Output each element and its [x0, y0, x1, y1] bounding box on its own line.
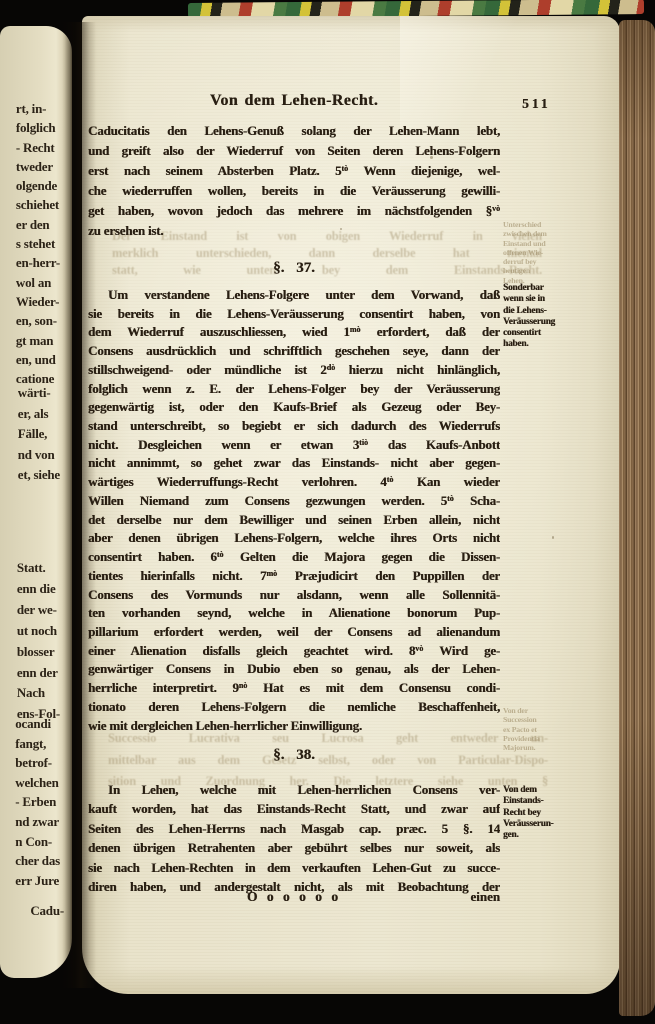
showthrough-line: Majorum. [503, 743, 567, 752]
text-line: et, siehe [18, 465, 60, 486]
text-line: er, als [18, 404, 60, 425]
text-line: pillarium erfordert werden, weil der Con… [88, 623, 500, 642]
margin-note-line: Sonderbar [503, 283, 571, 294]
text-line: der we- [17, 600, 60, 621]
text-line: ten vorhanden seynd, welche in Alienatio… [88, 604, 500, 623]
gathering-signature: O o o o o o [88, 889, 500, 905]
fore-edge [619, 20, 655, 1016]
showthrough-line: Providentia [503, 734, 567, 743]
text-line: det derselbe nur dem Bewilliger und sein… [88, 511, 500, 530]
text-line: folglich wenn z. E. der Lehens-Folger be… [88, 380, 500, 399]
text-line: ocandi [15, 714, 60, 734]
showthrough-line: Von der [503, 706, 567, 715]
margin-note-line: consentirt [503, 328, 571, 339]
text-line: Um verstandene Lehens-Folgere unter dem … [88, 286, 500, 305]
text-line: nicht. Desgleichen wenn er etwan 3tiò da… [88, 436, 500, 455]
showthrough-margin-note: Unterschiedzwischen demEinstand undoffen… [503, 220, 567, 285]
text-line: Wieder- [16, 292, 60, 311]
left-page-catchword: Cadu- [30, 903, 64, 919]
text-line: Caducitatis den Lehens-Genuß solang der … [88, 121, 500, 141]
text-line: stand unterschreibt, so begiebt er sich … [88, 417, 500, 436]
text-line: get haben, wovon jedoch das mehrere im n… [88, 201, 500, 221]
margin-note-line: Veräusserung [503, 317, 571, 328]
text-line: wie mit dergleichen Lehen-herrlicher Ein… [88, 717, 500, 736]
foxing-speck [340, 228, 342, 230]
text-line: stillschweigend- oder mündliche ist 2dò … [88, 361, 500, 380]
showthrough-line: ex Pacto et [503, 725, 567, 734]
text-line: en-herr- [16, 253, 60, 272]
text-line: sie nach Lehen-Rechten in dem verkauften… [88, 858, 500, 877]
text-line: enn die [17, 579, 60, 600]
margin-note-line: Veräusserun- [503, 819, 571, 830]
text-line: In Lehen, welche mit Lehen-herrlichen Co… [88, 780, 500, 799]
text-line: nd von [18, 445, 60, 466]
intro-paragraph: Caducitatis den Lehens-Genuß solang der … [88, 121, 500, 242]
text-line: einer Alienation disfalls gleich geachte… [88, 642, 500, 661]
text-line: er den [16, 215, 60, 234]
text-line: wärtiges Wiederruffungs-Recht verlohren.… [88, 473, 500, 492]
text-line: rt, in- [16, 99, 60, 118]
text-line: cher das [15, 851, 60, 871]
book-scan-photo: { "page": { "running_title": "Von dem Le… [0, 0, 655, 1024]
text-line: - Recht [16, 138, 60, 157]
margin-note-line: Von dem [503, 785, 571, 796]
margin-note-37: Sonderbarwenn sie indie Lehens-Veräusser… [503, 283, 571, 351]
text-line: che wiederruffen wollen, bereits in die … [88, 181, 500, 201]
text-line: erst nach seinem Absterben Platz. 5tò We… [88, 161, 500, 181]
margin-note-line: wenn sie in [503, 294, 571, 305]
text-line: und greift also der Wiederruf von Seiten… [88, 141, 500, 161]
text-line: dem Wiederruf auszuschliessen, wied 1mò … [88, 323, 500, 342]
text-line: s stehet [16, 234, 60, 253]
text-line: herrliche interpretirt. 9nò Hat es mit d… [88, 679, 500, 698]
text-line: Willen Niemand zum Consens gezwungen wer… [88, 492, 500, 511]
showthrough-line: derruf bey [503, 257, 567, 266]
showthrough-line: Einstand und [503, 239, 567, 248]
showthrough-line: Succession [503, 715, 567, 724]
section-37-heading: §. 37. [88, 260, 500, 277]
left-page-text-fragments: rt, in-folglich- Rechttwederolgendeschie… [16, 99, 60, 388]
text-line: Consens des Vormunds nur alsdann, wenn a… [88, 586, 500, 605]
left-page-text-fragments: ocandifangt,betrof-welchen- Erbennd zwar… [15, 714, 60, 890]
text-line: zu ersehen ist. [88, 221, 500, 241]
margin-note-line: die Lehens- [503, 306, 571, 317]
foxing-speck [430, 156, 433, 159]
text-line: sie bereits in die Lehens-Veräusserung c… [88, 305, 500, 324]
section-38-paragraph: In Lehen, welche mit Lehen-herrlichen Co… [88, 780, 500, 896]
text-line: Nach [17, 683, 60, 704]
text-line: fangt, [15, 734, 60, 754]
showthrough-line: offenen Wie- [503, 248, 567, 257]
text-line: blosser [17, 642, 60, 663]
text-line: welchen [15, 773, 60, 793]
text-line: genwärtiger Consens in Dubio eben so gen… [88, 660, 500, 679]
text-line: en, und [16, 350, 60, 369]
foxing-speck [552, 536, 554, 539]
showthrough-margin-note: Von derSuccessionex Pacto etProvidentiaM… [503, 706, 567, 752]
text-line: nd zwar [15, 812, 60, 832]
text-line: Consens ausdrücklich und schrifftlich ge… [88, 342, 500, 361]
margin-note-line: Einstands- [503, 796, 571, 807]
running-header: Von dem Lehen-Recht. [88, 92, 500, 110]
text-line: gegenwärtig ist, oder den Kaufs-Brief al… [88, 398, 500, 417]
text-line: enn der [17, 663, 60, 684]
section-38-heading: §. 38. [88, 747, 500, 764]
text-line: ut noch [17, 621, 60, 642]
margin-note-line: haben. [503, 339, 571, 350]
margin-note-line: gen. [503, 830, 571, 841]
text-line: folglich [16, 118, 60, 137]
text-line: wol an [16, 273, 60, 292]
text-line: tweder [16, 157, 60, 176]
page-number: 511 [522, 96, 551, 112]
left-page-edge: rt, in-folglich- Rechttwederolgendeschie… [0, 26, 72, 978]
text-line: aber denen übrigen Lehens-Folgern, welch… [88, 529, 500, 548]
section-37-paragraph: Um verstandene Lehens-Folgere unter dem … [88, 286, 500, 735]
text-line: - Erben [15, 792, 60, 812]
catchword: einen [470, 889, 500, 905]
right-page: Der Einstand ist von obigen Wiederruf in… [82, 16, 620, 994]
margin-note-line: Recht bey [503, 808, 571, 819]
text-line: tientes hierinfalls nicht. 7mò Præjudici… [88, 567, 500, 586]
text-line: olgende [16, 176, 60, 195]
text-line: kauft worden, hat das Einstands-Recht St… [88, 799, 500, 818]
text-line: denen übrigen Retrahenten aber gebührt s… [88, 838, 500, 857]
text-line: en, son- [16, 311, 60, 330]
text-line: nicht annimmt, so gehet zwar das Einstan… [88, 454, 500, 473]
text-line: Statt. [17, 558, 60, 579]
left-page-text-fragments: wärti-er, alsFälle,nd vonet, siehe [18, 383, 60, 486]
text-line: Fälle, [18, 424, 60, 445]
showthrough-line: Unterschied [503, 220, 567, 229]
signature-row: O o o o o o einen [88, 889, 500, 909]
text-line: consentirt haben. 6tò Gelten die Majora … [88, 548, 500, 567]
text-line: schiehet [16, 195, 60, 214]
text-line: Seiten des Lehen-Herrns nach Masgab cap.… [88, 819, 500, 838]
showthrough-line: heutigen [503, 266, 567, 275]
margin-note-38: Von demEinstands-Recht beyVeräusserun-ge… [503, 785, 571, 841]
text-line: tionato deren Lehens-Folgern die nemlich… [88, 698, 500, 717]
text-line: wärti- [18, 383, 60, 404]
showthrough-line: zwischen dem [503, 229, 567, 238]
text-line: betrof- [15, 753, 60, 773]
left-page-text-fragments: Statt.enn dieder we-ut nochblosserenn de… [17, 558, 60, 725]
text-line: gt man [16, 331, 60, 350]
text-line: err Jure [15, 871, 60, 891]
text-line: n Con- [15, 832, 60, 852]
